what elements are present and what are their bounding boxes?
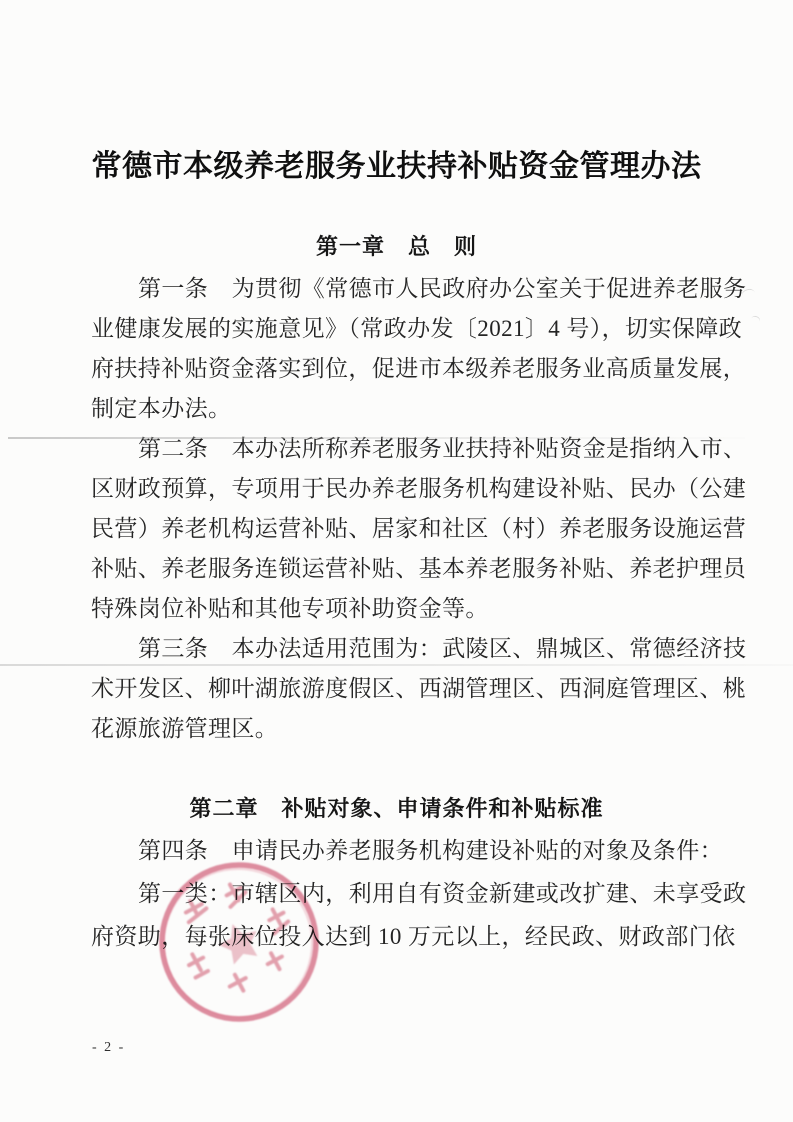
text-line: 制定本办法。 bbox=[91, 389, 703, 429]
text-line: 第二条 本办法所称养老服务业扶持补贴资金是指纳入市、 bbox=[91, 429, 703, 469]
scan-artifact-line bbox=[0, 664, 793, 666]
chapter-1-body: 第一条 为贯彻《常德市人民政府办公室关于促进养老服务 业健康发展的实施意见》（常… bbox=[91, 269, 703, 749]
text-line: 府资助，每张床位投入达到 10 万元以上，经民政、财政部门依 bbox=[91, 915, 703, 958]
chapter-1-heading: 第一章 总 则 bbox=[0, 230, 793, 261]
scan-artifact-line bbox=[8, 437, 745, 439]
chapter-2-heading: 第二章 补贴对象、申请条件和补贴标准 bbox=[0, 792, 793, 823]
page-number: - 2 - bbox=[92, 1040, 125, 1056]
scan-smudge bbox=[741, 288, 756, 300]
text-line: 术开发区、柳叶湖旅游度假区、西湖管理区、西洞庭管理区、桃 bbox=[91, 669, 703, 709]
text-line: 补贴、养老服务连锁运营补贴、基本养老服务补贴、养老护理员 bbox=[91, 549, 703, 589]
chapter-2-body: 第四条 申请民办养老服务机构建设补贴的对象及条件： 第一类：市辖区内，利用自有资… bbox=[91, 829, 703, 958]
document-title: 常德市本级养老服务业扶持补贴资金管理办法 bbox=[0, 141, 793, 185]
text-line: 府扶持补贴资金落实到位，促进市本级养老服务业高质量发展， bbox=[91, 349, 703, 389]
text-line: 花源旅游管理区。 bbox=[91, 709, 703, 749]
scanned-document-page: 常德市本级养老服务业扶持补贴资金管理办法 第一章 总 则 第一条 为贯彻《常德市… bbox=[0, 0, 793, 1122]
text-line: 民营）养老机构运营补贴、居家和社区（村）养老服务设施运营 bbox=[91, 509, 703, 549]
text-line: 特殊岗位补贴和其他专项补助资金等。 bbox=[91, 589, 703, 629]
text-line: 区财政预算，专项用于民办养老服务机构建设补贴、民办（公建 bbox=[91, 469, 703, 509]
text-line: 第四条 申请民办养老服务机构建设补贴的对象及条件： bbox=[91, 829, 703, 872]
text-line: 第一类：市辖区内，利用自有资金新建或改扩建、未享受政 bbox=[91, 872, 703, 915]
text-line: 第三条 本办法适用范围为：武陵区、鼎城区、常德经济技 bbox=[91, 629, 703, 669]
text-line: 业健康发展的实施意见》（常政办发〔2021〕4 号），切实保障政 bbox=[91, 309, 703, 349]
text-line: 第一条 为贯彻《常德市人民政府办公室关于促进养老服务 bbox=[91, 269, 703, 309]
scan-smudge bbox=[750, 315, 761, 326]
